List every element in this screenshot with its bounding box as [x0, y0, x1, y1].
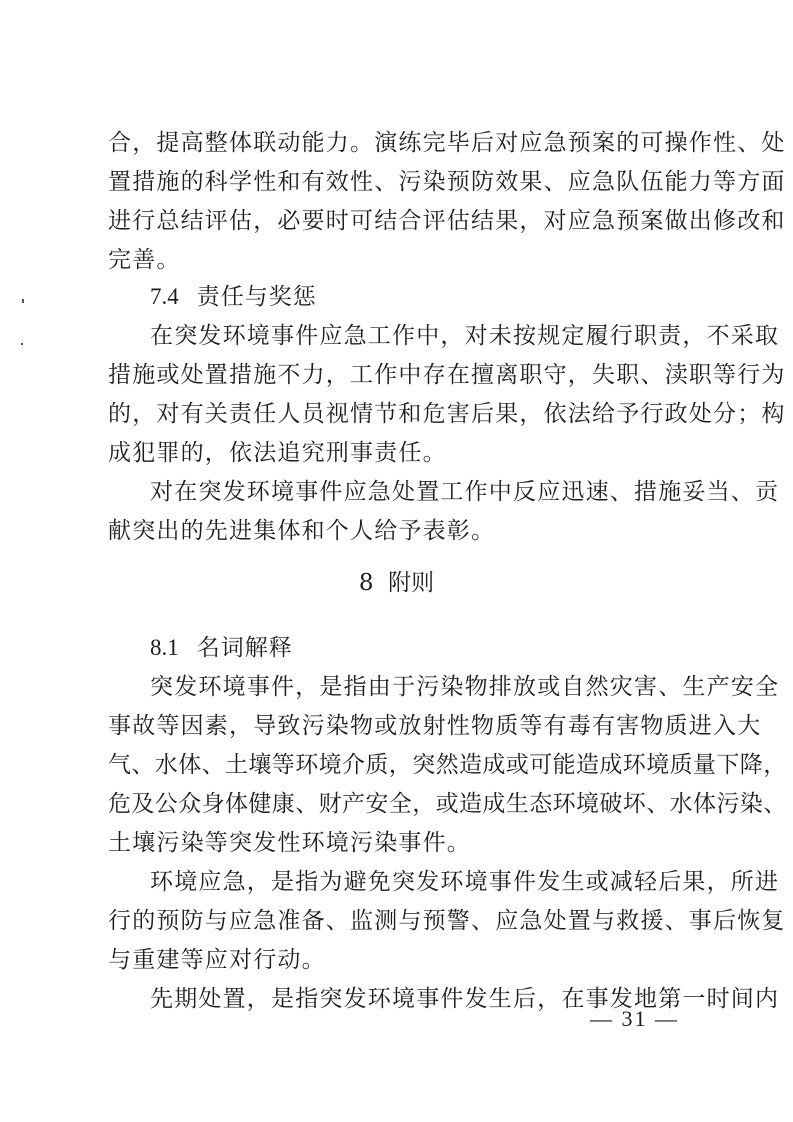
paragraph-line: 措施或处置措施不力，工作中存在擅离职守，失职、渎职等行为: [108, 360, 698, 390]
paragraph-line: 进行总结评估，必要时可结合评估结果，对应急预案做出修改和: [108, 206, 698, 236]
section-number: 7.4: [150, 282, 179, 312]
section-title: 责任与奖惩: [197, 284, 317, 310]
paragraph-line: 在突发环境事件应急工作中，对未按规定履行职责，不采取: [150, 321, 740, 351]
margin-mark: [21, 343, 23, 345]
paragraph-line: 献突出的先进集体和个人给予表彰。: [108, 516, 698, 546]
paragraph-line: 置措施的科学性和有效性、污染预防效果、应急队伍能力等方面: [108, 167, 698, 197]
paragraph-line: 事故等因素，导致污染物或放射性物质等有毒有害物质进入大: [108, 711, 698, 741]
section-number: 8.1: [150, 633, 179, 663]
margin-mark: [22, 299, 24, 303]
paragraph-line: 环境应急，是指为避免突发环境事件发生或减轻后果，所进: [150, 867, 740, 897]
paragraph-line: 行的预防与应急准备、监测与预警、应急处置与救援、事后恢复: [108, 906, 698, 936]
paragraph-line: 与重建等应对行动。: [108, 945, 698, 975]
paragraph-line: 突发环境事件，是指由于污染物排放或自然灾害、生产安全: [150, 672, 740, 702]
paragraph-line: 对在突发环境事件应急处置工作中反应迅速、措施妥当、贡: [150, 477, 740, 507]
chapter-title: 8 附则: [0, 568, 793, 598]
paragraph-line: 完善。: [108, 245, 698, 275]
paragraph-line: 气、水体、土壤等环境介质，突然造成或可能造成环境质量下降，: [108, 750, 698, 780]
paragraph-line: 的，对有关责任人员视情节和危害后果，依法给予行政处分；构: [108, 399, 698, 429]
paragraph-line: 土壤污染等突发性环境污染事件。: [108, 828, 698, 858]
document-page: 合，提高整体联动能力。演练完毕后对应急预案的可操作性、处 置措施的科学性和有效性…: [0, 0, 793, 1122]
section-title: 名词解释: [197, 635, 293, 661]
paragraph-line: 成犯罪的，依法追究刑事责任。: [108, 438, 698, 468]
section-heading-8-1: 8.1名词解释: [150, 633, 293, 663]
section-heading-7-4: 7.4责任与奖惩: [150, 282, 317, 312]
paragraph-line: 危及公众身体健康、财产安全，或造成生态环境破坏、水体污染、: [108, 789, 698, 819]
paragraph-line: 合，提高整体联动能力。演练完毕后对应急预案的可操作性、处: [108, 128, 698, 158]
page-number: — 31 —: [590, 1004, 679, 1034]
